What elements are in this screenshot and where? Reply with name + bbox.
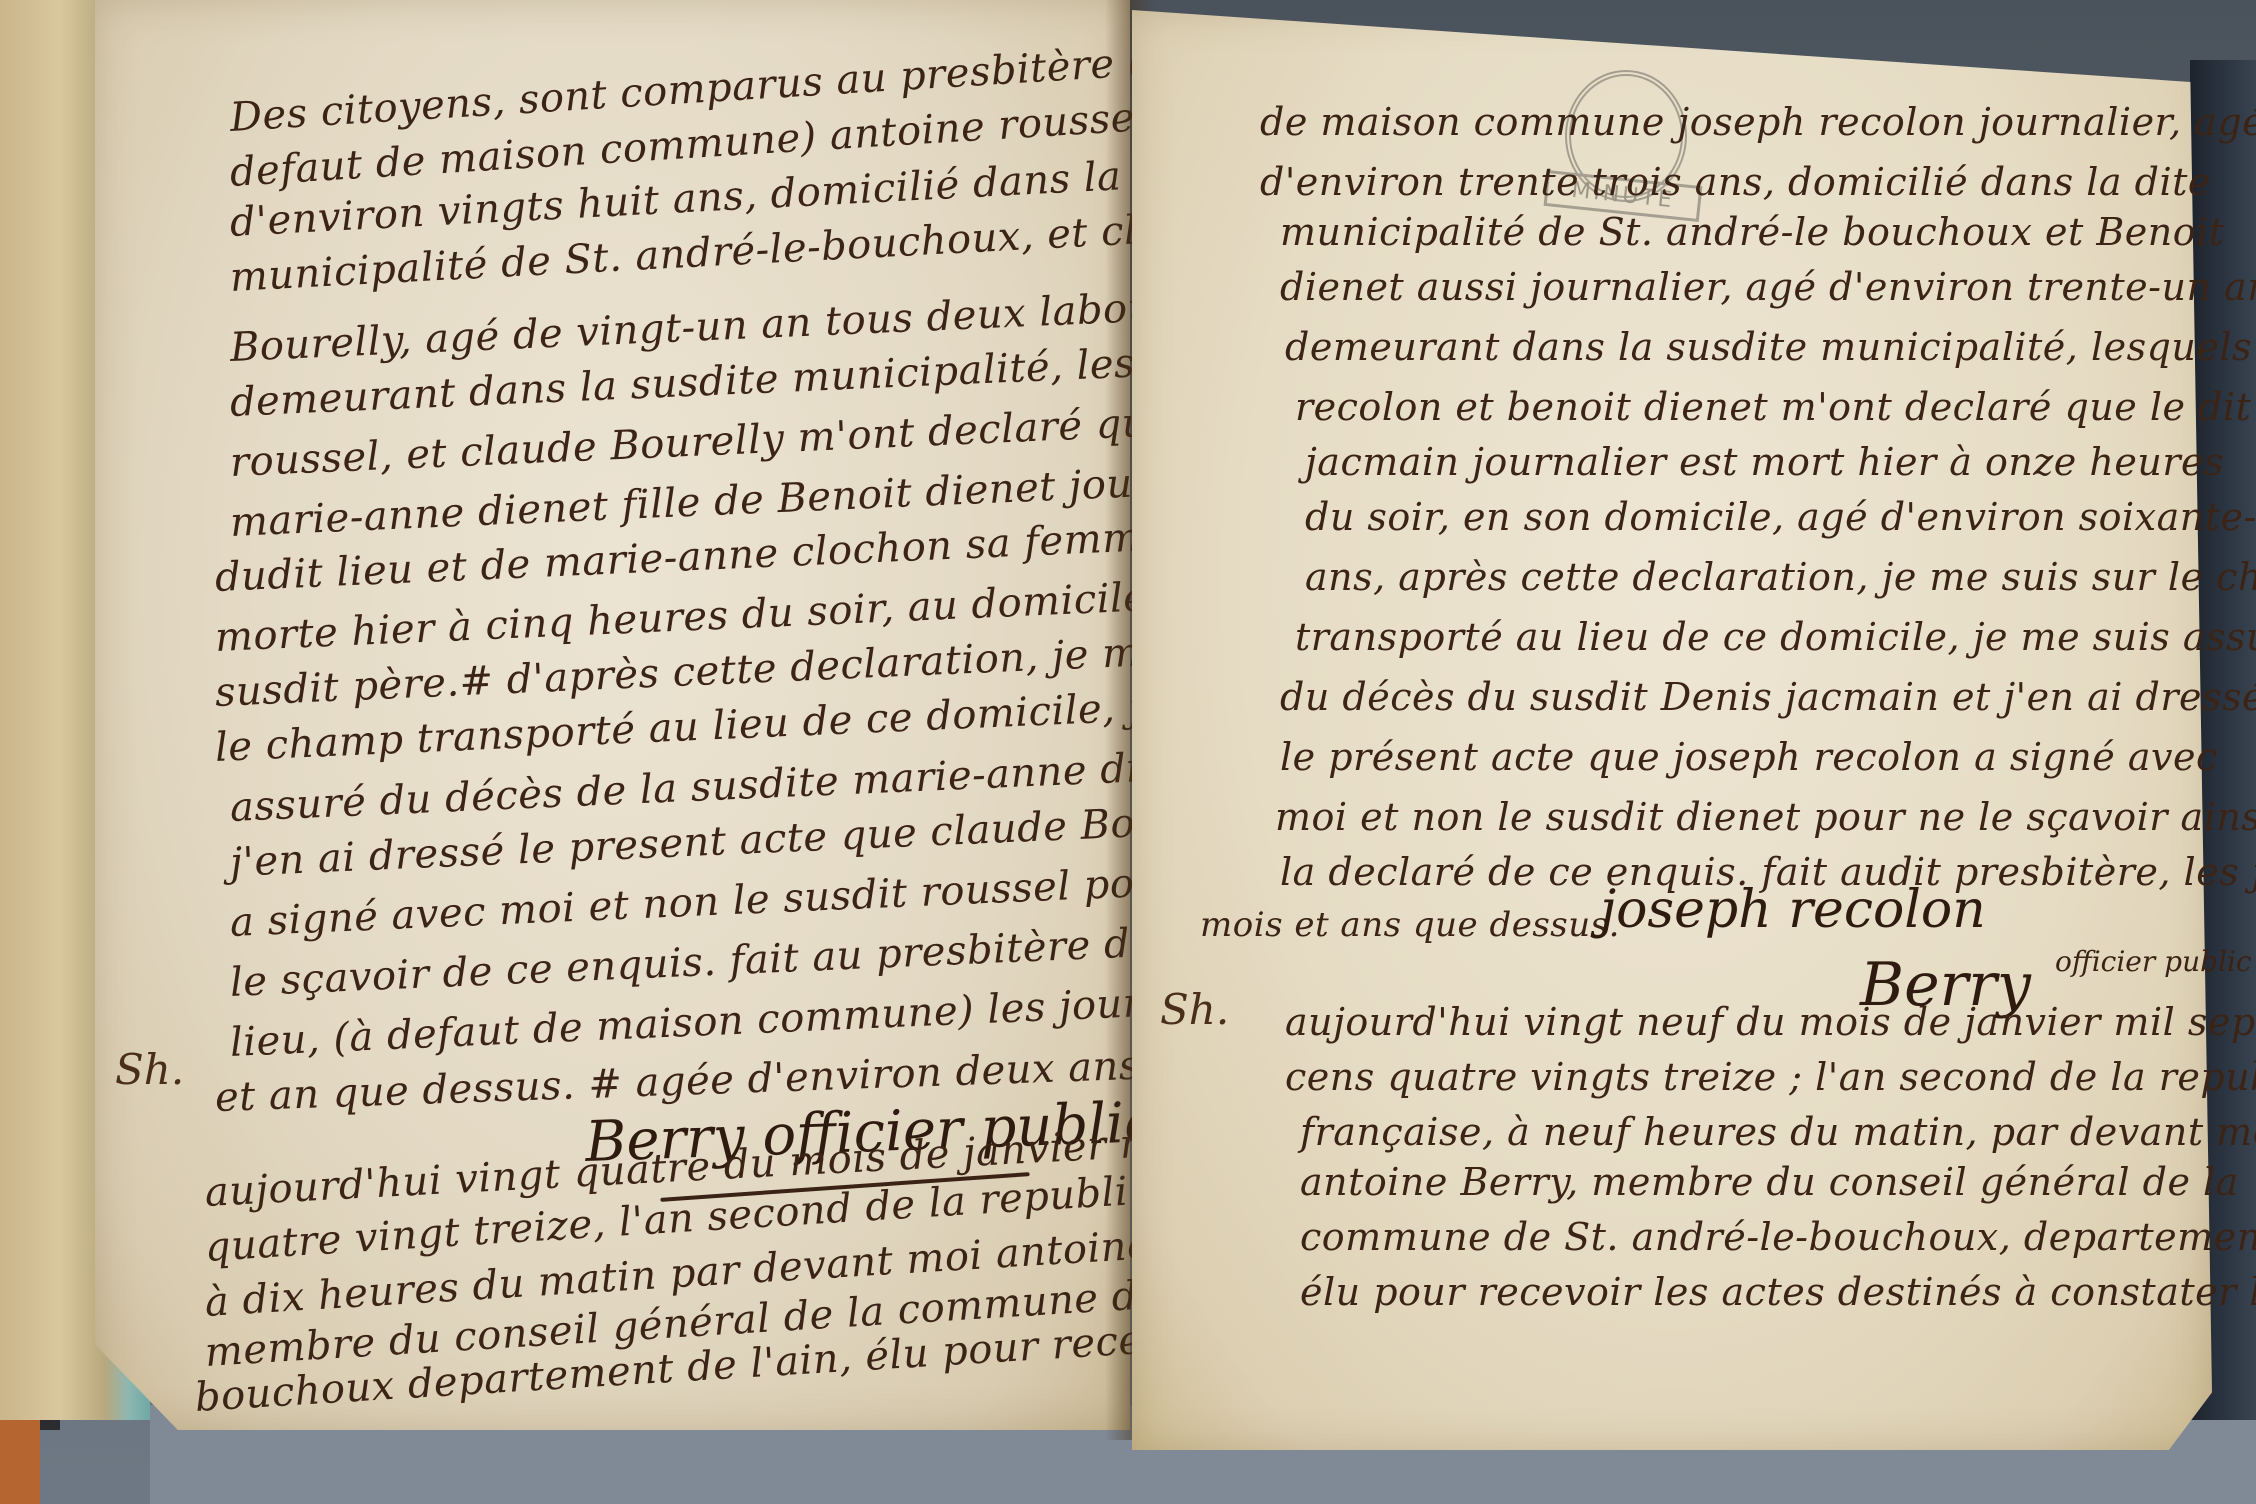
right-line-4: dienet aussi journalier, agé d'environ t… (1280, 265, 2256, 309)
right-line-8: du soir, en son domicile, agé d'environ … (1305, 495, 2256, 539)
right-line-2: d'environ trente trois ans, domicilié da… (1260, 160, 2211, 204)
left-margin-note: Sh. (115, 1045, 184, 1094)
right-line-13: moi et non le susdit dienet pour ne le s… (1275, 795, 2256, 839)
right-entry2-line-2: cens quatre vingts treize ; l'an second … (1285, 1055, 2256, 1099)
right-signature-title: officier public (2055, 945, 2252, 978)
orange-object (0, 1420, 40, 1504)
right-line-6: recolon et benoit dienet m'ont declaré q… (1295, 385, 2256, 429)
right-line-12: le présent acte que joseph recolon a sig… (1280, 735, 2218, 779)
right-entry2-line-6: élu pour recevoir les actes destinés à c… (1300, 1270, 2256, 1314)
right-line-3: municipalité de St. andré-le bouchoux et… (1280, 210, 2225, 254)
right-entry2-line-1: aujourd'hui vingt neuf du mois de janvie… (1285, 1000, 2256, 1044)
right-entry2-line-5: commune de St. andré-le-bouchoux, depart… (1300, 1215, 2256, 1259)
right-entry2-line-3: française, à neuf heures du matin, par d… (1300, 1110, 2256, 1154)
right-margin-note: Sh. (1160, 985, 1229, 1034)
right-line-15: mois et ans que dessus. (1200, 905, 1620, 945)
right-entry2-line-4: antoine Berry, membre du conseil général… (1300, 1160, 2239, 1204)
right-line-10: transporté au lieu de ce domicile, je me… (1295, 615, 2256, 659)
right-line-9: ans, après cette declaration, je me suis… (1305, 555, 2256, 599)
right-line-1: de maison commune joseph recolon journal… (1260, 100, 2256, 144)
right-line-11: du décès du susdit Denis jacmain et j'en… (1280, 675, 2256, 719)
right-line-7: jacmain journalier est mort hier à onze … (1305, 440, 2224, 484)
book-photo-scene: Des citoyens, sont comparus au presbitèr… (0, 0, 2256, 1504)
right-signature-witness: joseph recolon (1600, 880, 1986, 940)
right-line-5: demeurant dans la susdite municipalité, … (1285, 325, 2256, 369)
